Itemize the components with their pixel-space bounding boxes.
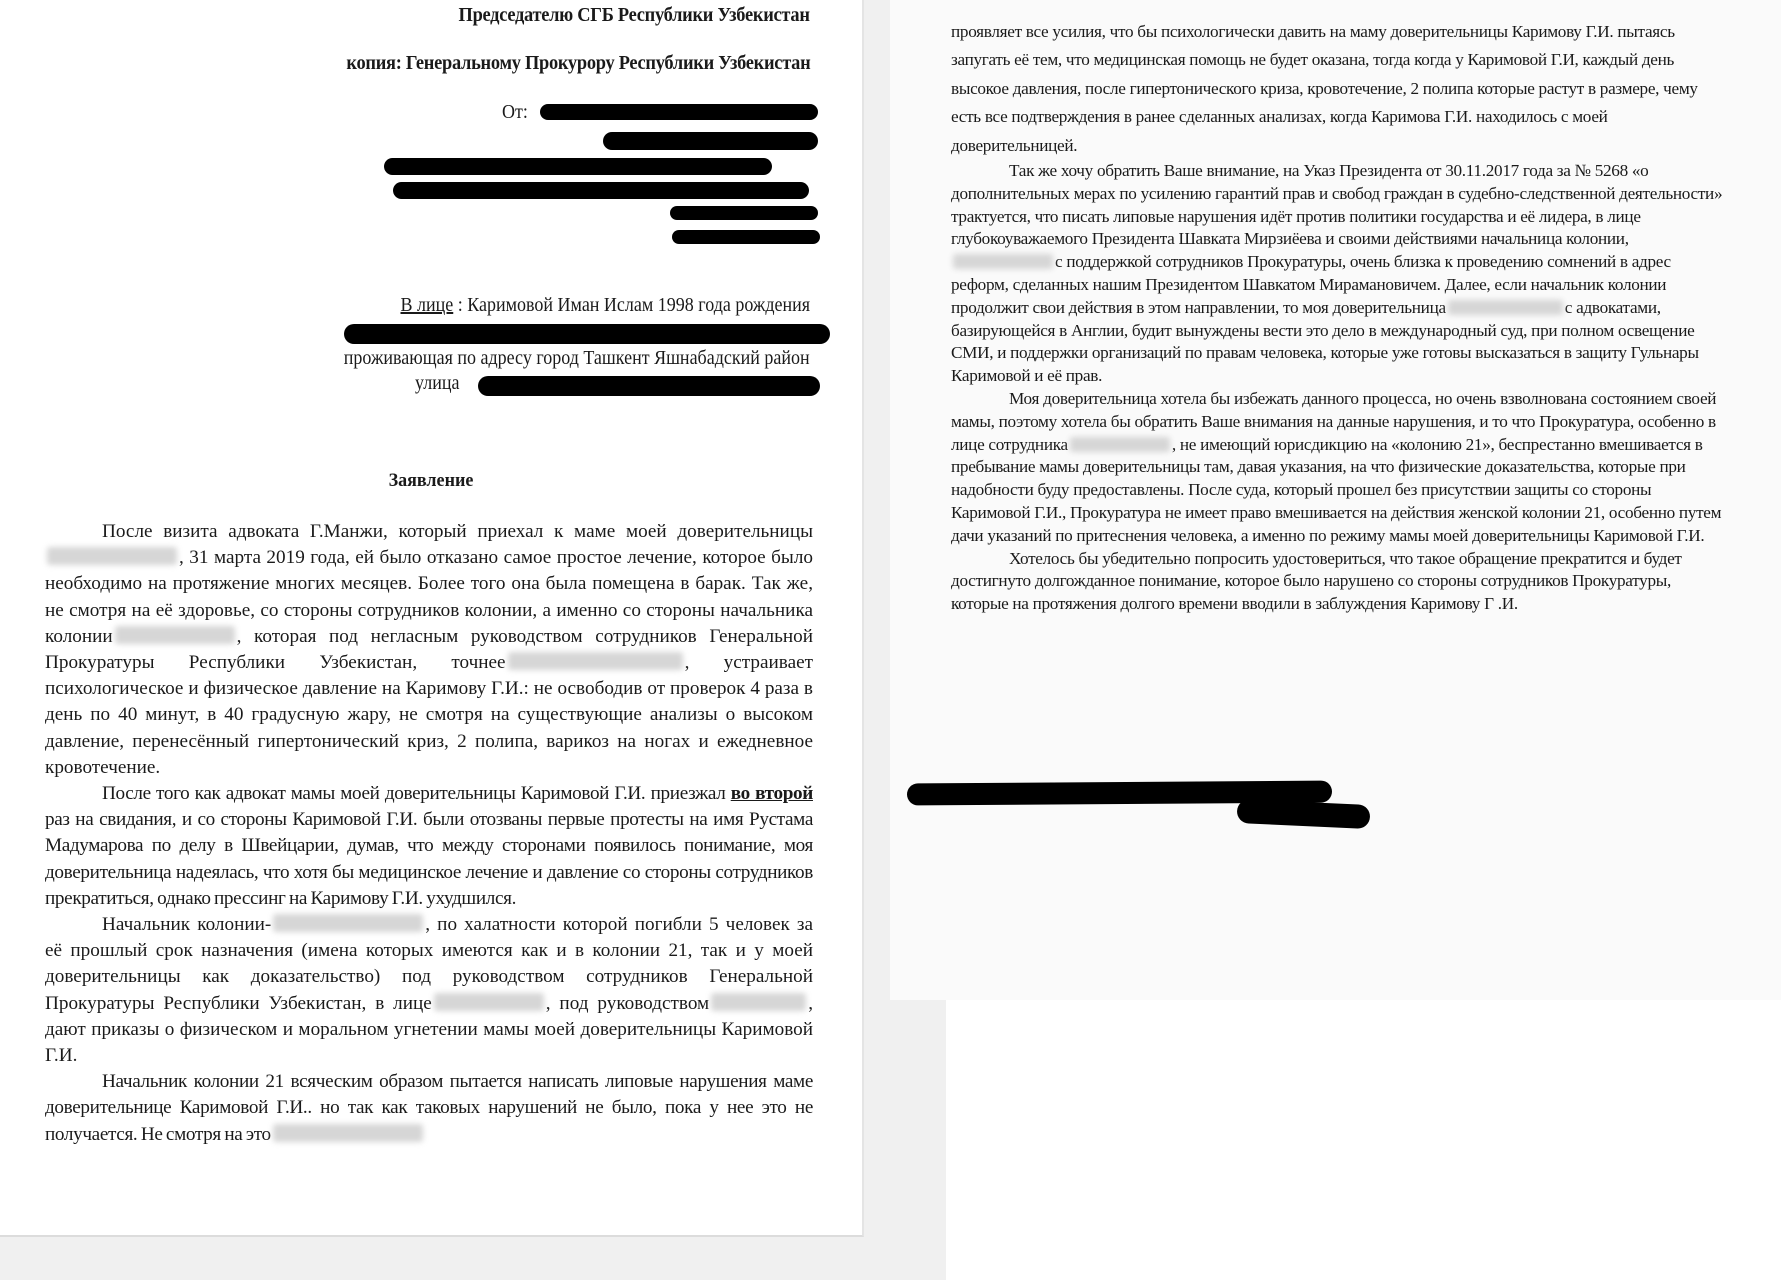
blurred-name	[1070, 437, 1170, 452]
blurred-name	[273, 1124, 423, 1142]
address-line: проживающая по адресу город Ташкент Яшна…	[344, 347, 810, 370]
blurred-name	[47, 547, 177, 565]
document-page-1: Председателю СГБ Республики Узбекистан к…	[0, 0, 864, 1237]
redaction-mark	[384, 158, 772, 175]
paragraph: Начальник колонии 21 всяческим образом п…	[45, 1069, 813, 1148]
blurred-name	[711, 993, 806, 1011]
statement-body-continued: проявляет все усилия, что бы психологиче…	[951, 18, 1731, 616]
paragraph: Так же хочу обратить Ваше внимание, на У…	[951, 160, 1731, 388]
paragraph: Хотелось бы убедительно попросить удосто…	[951, 548, 1731, 616]
paragraph: проявляет все усилия, что бы психологиче…	[951, 18, 1731, 160]
addressee-line: Председателю СГБ Республики Узбекистан	[459, 4, 810, 27]
paragraph: После визита адвоката Г.Манжи, который п…	[45, 519, 813, 781]
blurred-name	[953, 254, 1053, 269]
page-gap-bottom	[0, 1237, 946, 1280]
redaction-mark	[672, 230, 820, 244]
redaction-mark	[344, 324, 830, 344]
in-person-name: Каримовой Иман Ислам 1998 года рождения	[467, 294, 810, 316]
redaction-mark	[478, 376, 820, 396]
blurred-name	[115, 626, 235, 644]
blurred-name	[273, 914, 423, 932]
statement-body: После визита адвоката Г.Манжи, который п…	[45, 519, 813, 1148]
redaction-mark	[670, 206, 818, 220]
document-title: Заявление	[22, 470, 841, 492]
from-label: От:	[502, 101, 528, 124]
in-person-label: В лице	[400, 294, 453, 316]
emphasis-text: во второй	[731, 783, 813, 804]
redaction-mark	[603, 132, 818, 150]
paragraph: Начальник колонии-, по халатности которо…	[45, 912, 813, 1069]
blank-area	[946, 1000, 1781, 1280]
paragraph: После того как адвокат мамы моей доверит…	[45, 781, 813, 912]
in-person-line: В лице : Каримовой Иман Ислам 1998 года …	[400, 294, 810, 317]
blurred-name	[434, 993, 544, 1011]
redaction-mark	[540, 104, 818, 120]
paragraph: Моя доверительница хотела бы избежать да…	[951, 388, 1731, 548]
blurred-name	[1448, 300, 1563, 315]
street-label: улица	[415, 372, 459, 395]
blurred-name	[508, 652, 683, 670]
redaction-mark	[393, 182, 809, 199]
copy-to-line: копия: Генеральному Прокурору Республики…	[346, 52, 810, 75]
